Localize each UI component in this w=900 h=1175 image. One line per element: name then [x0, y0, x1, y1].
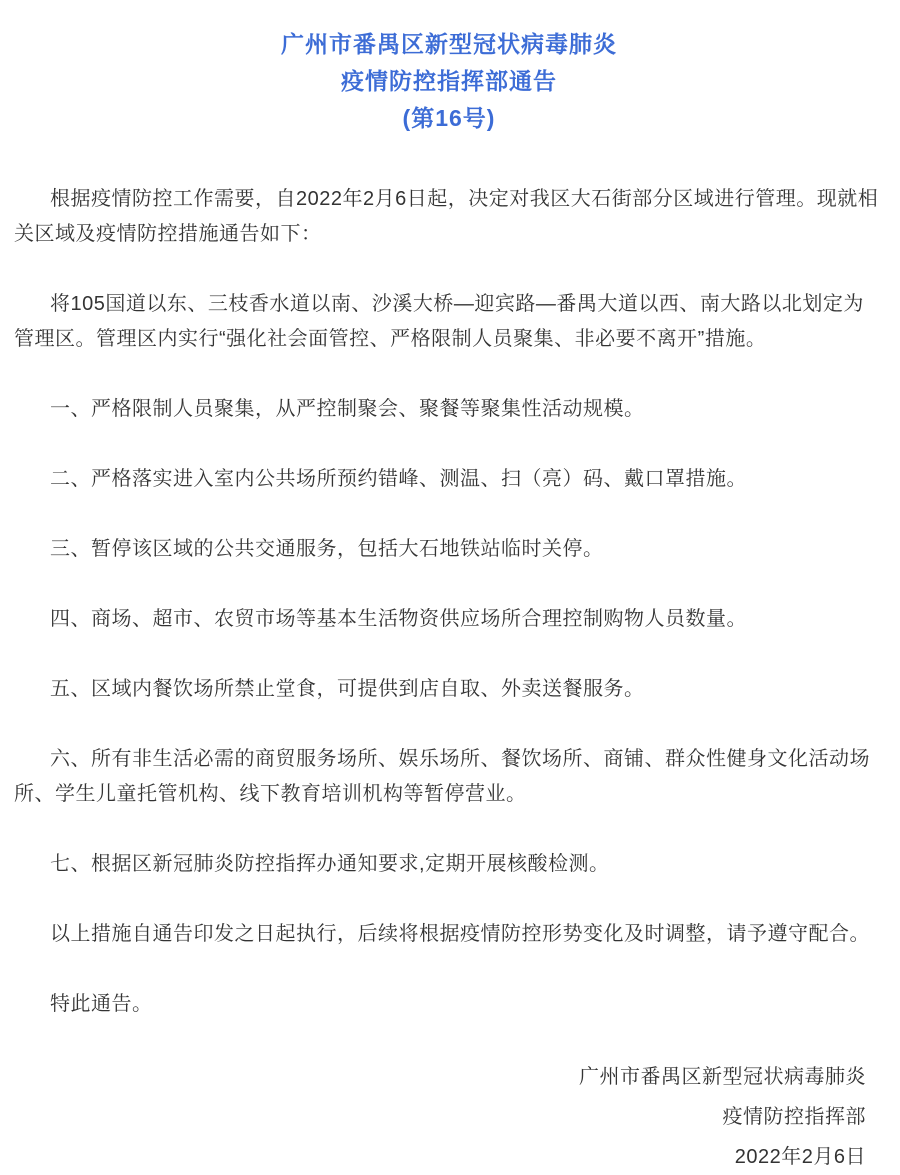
signature-date: 2022年2月6日	[14, 1137, 866, 1175]
notice-title-number: (第16号)	[14, 100, 884, 137]
intro-paragraph: 根据疫情防控工作需要，自2022年2月6日起，决定对我区大石街部分区域进行管理。…	[14, 182, 884, 252]
measure-item-7: 七、根据区新冠肺炎防控指挥办通知要求,定期开展核酸检测。	[14, 847, 884, 882]
measure-item-2: 二、严格落实进入室内公共场所预约错峰、测温、扫（亮）码、戴口罩措施。	[14, 462, 884, 497]
zone-definition-paragraph: 将105国道以东、三枝香水道以南、沙溪大桥—迎宾路—番禺大道以西、南大路以北划定…	[14, 287, 884, 357]
measure-item-6: 六、所有非生活必需的商贸服务场所、娱乐场所、餐饮场所、商铺、群众性健身文化活动场…	[14, 742, 884, 812]
notice-title: 广州市番禺区新型冠状病毒肺炎 疫情防控指挥部通告 (第16号)	[14, 26, 884, 137]
measure-item-4: 四、商场、超市、农贸市场等基本生活物资供应场所合理控制购物人员数量。	[14, 602, 884, 637]
signature-block: 广州市番禺区新型冠状病毒肺炎 疫情防控指挥部 2022年2月6日	[14, 1057, 866, 1175]
measure-item-1: 一、严格限制人员聚集，从严控制聚会、聚餐等聚集性活动规模。	[14, 392, 884, 427]
signature-org-line1: 广州市番禺区新型冠状病毒肺炎	[14, 1057, 866, 1097]
measure-item-3: 三、暂停该区域的公共交通服务，包括大石地铁站临时关停。	[14, 532, 884, 567]
notice-body: 根据疫情防控工作需要，自2022年2月6日起，决定对我区大石街部分区域进行管理。…	[14, 182, 884, 1022]
notice-title-line1: 广州市番禺区新型冠状病毒肺炎	[14, 26, 884, 63]
notice-document: 广州市番禺区新型冠状病毒肺炎 疫情防控指挥部通告 (第16号) 根据疫情防控工作…	[0, 0, 900, 1175]
closing-paragraph: 特此通告。	[14, 987, 884, 1022]
measure-item-5: 五、区域内餐饮场所禁止堂食，可提供到店自取、外卖送餐服务。	[14, 672, 884, 707]
notice-title-line2: 疫情防控指挥部通告	[14, 63, 884, 100]
execution-paragraph: 以上措施自通告印发之日起执行，后续将根据疫情防控形势变化及时调整，请予遵守配合。	[14, 917, 884, 952]
signature-org-line2: 疫情防控指挥部	[14, 1097, 866, 1137]
